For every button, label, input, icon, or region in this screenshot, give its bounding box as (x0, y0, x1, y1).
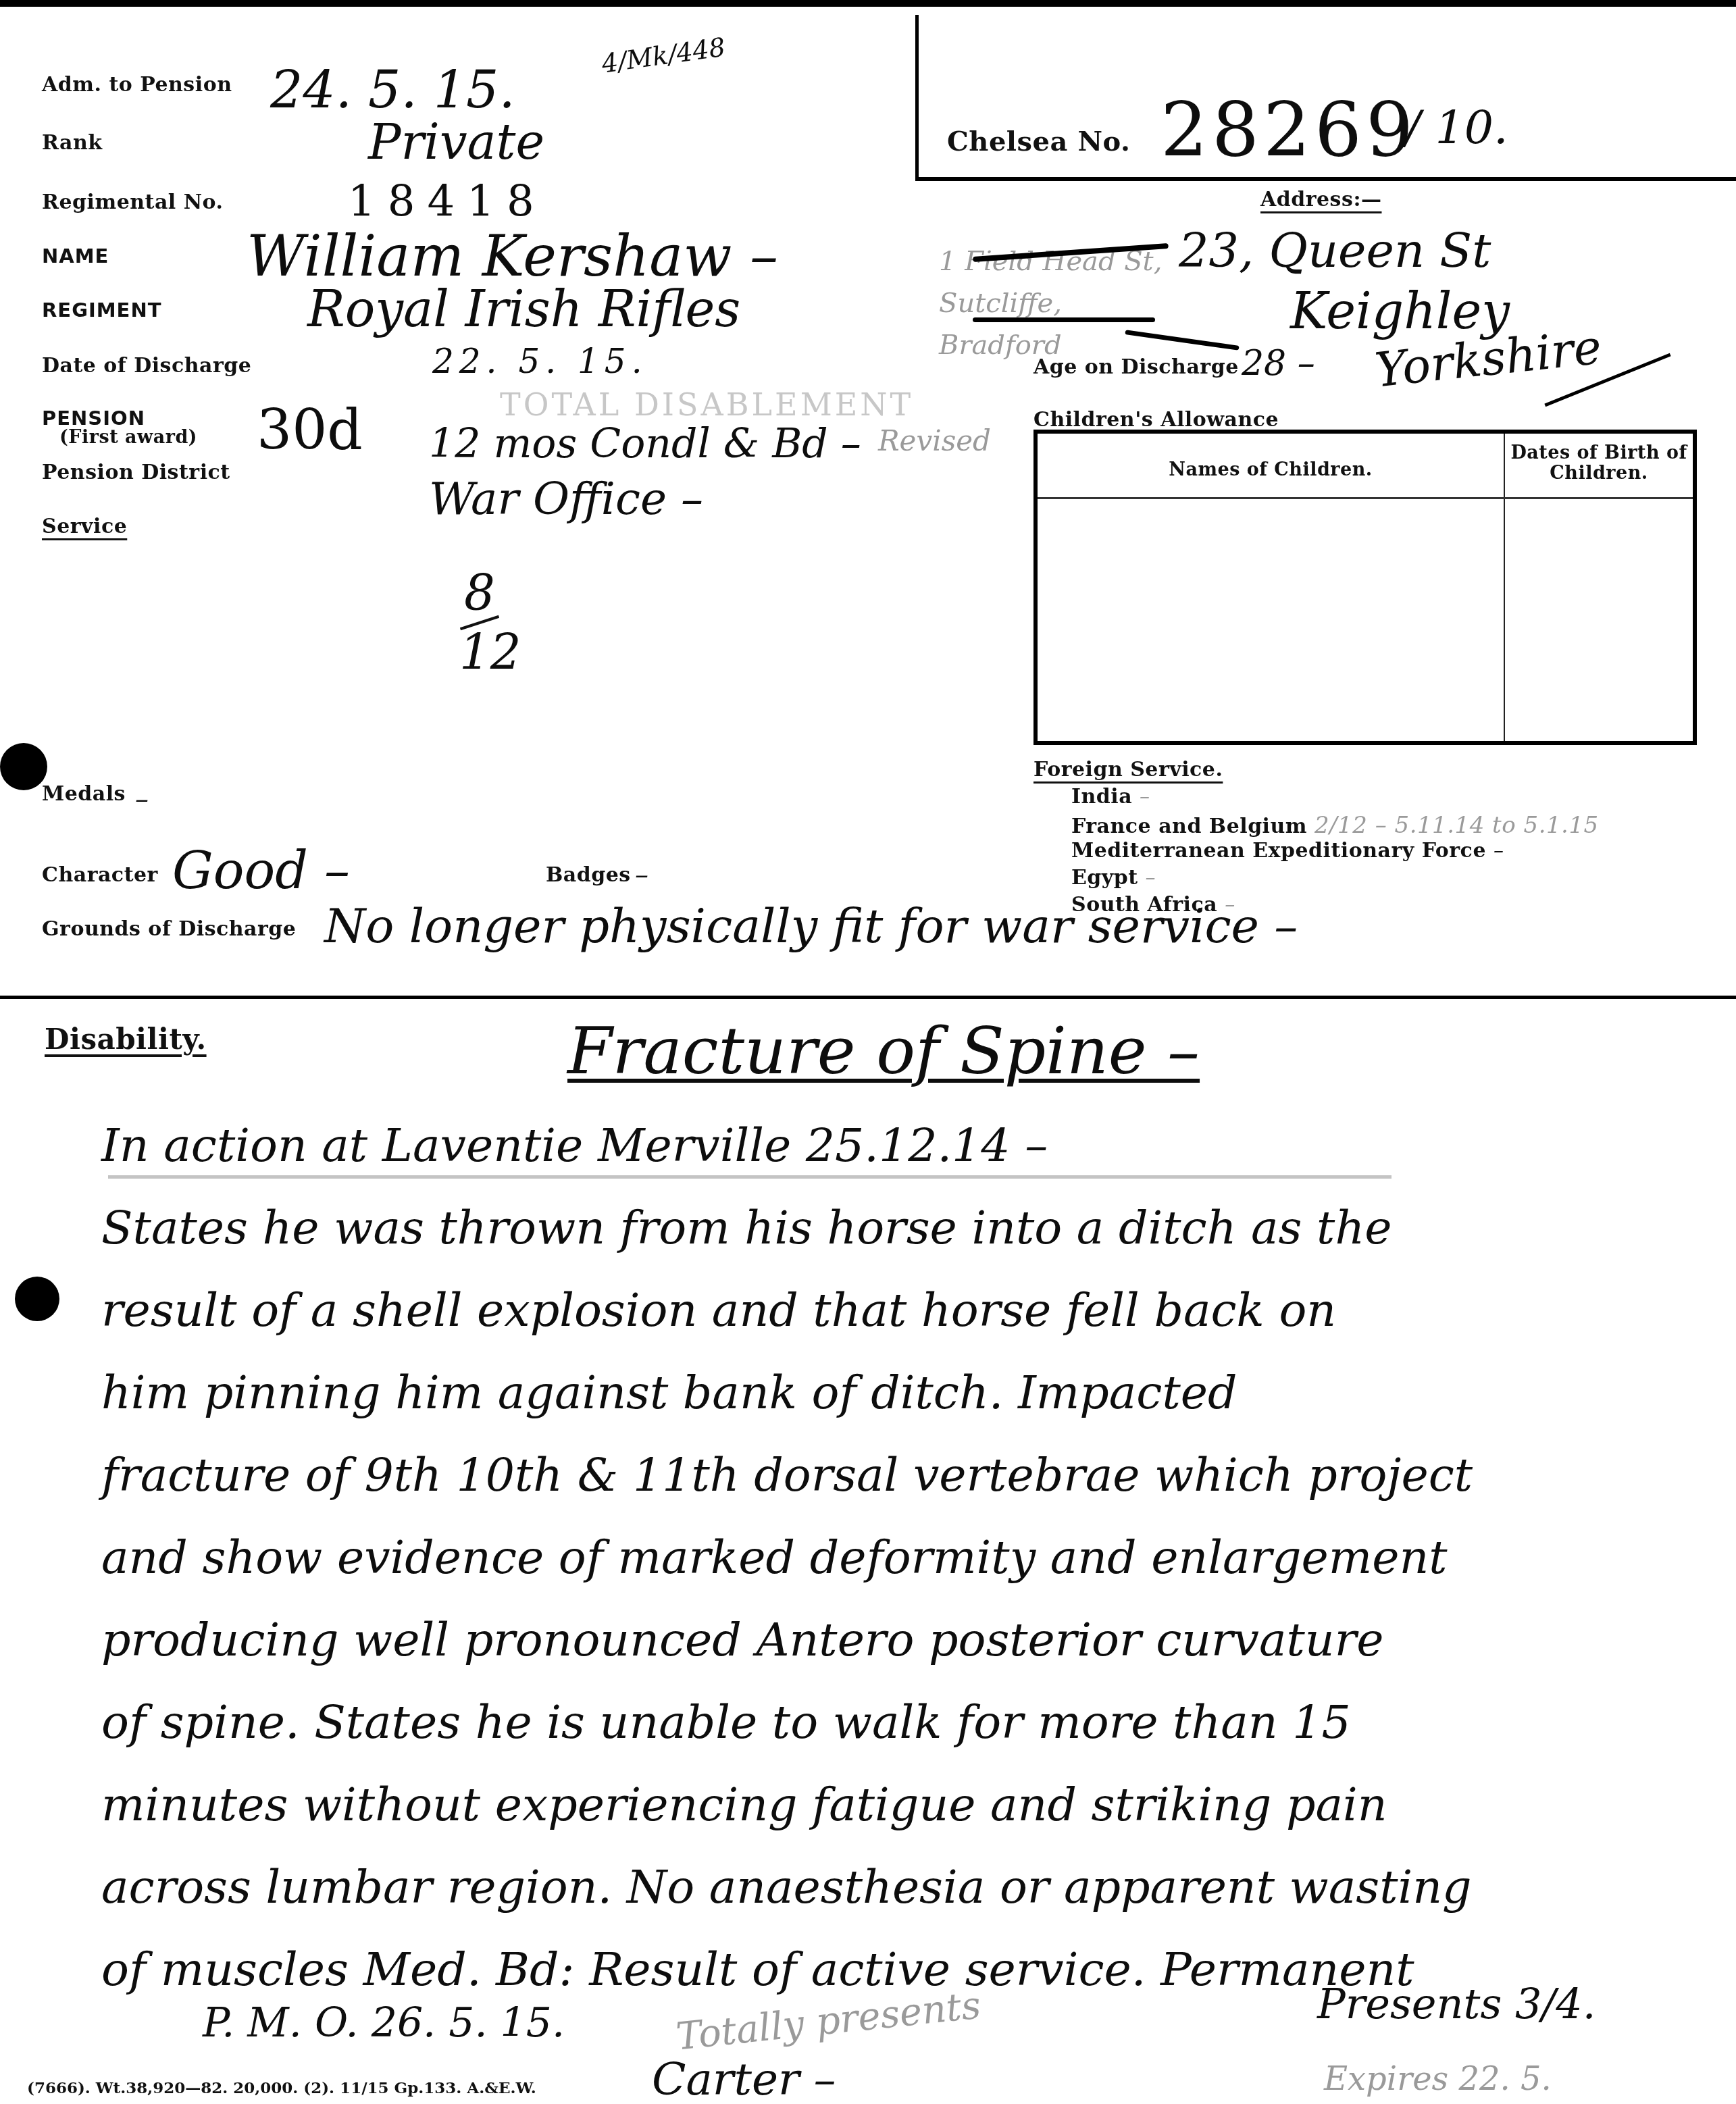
foreign-service-item: Egypt – (1071, 866, 1599, 893)
children-table: Names of Children. Dates of Birth of Chi… (1033, 430, 1697, 745)
label-grounds-of-discharge: Grounds of Discharge (42, 917, 296, 941)
label-adm-to-pension: Adm. to Pension (42, 73, 232, 97)
punch-hole (15, 1277, 59, 1321)
entry-pension-amount: 30d (257, 399, 363, 463)
header-divider (1038, 497, 1693, 499)
label-name: NAME (42, 245, 109, 267)
note-line: minutes without experiencing fatigue and… (101, 1764, 1709, 1847)
note-line: across lumbar region. No anaesthesia or … (101, 1847, 1709, 1929)
signature: Carter – (652, 2053, 836, 2104)
entry-presents: Presents 3/4. (1317, 1979, 1595, 2028)
disability-title: Fracture of Spine – (567, 1013, 1200, 1089)
entry-character: Good – (172, 840, 350, 900)
label-address: Address:— (1260, 188, 1381, 211)
label-medals: Medals (42, 782, 126, 806)
entry-adm-to-pension: 24. 5. 15. (270, 59, 515, 120)
entry-badges: – (635, 859, 648, 890)
section-divider (0, 996, 1736, 999)
print-code: (7666). Wt.38,920—82. 20,000. (2). 11/15… (27, 2079, 536, 2097)
ruled-line (108, 1175, 1392, 1179)
foreign-service-item: Mediterranean Expeditionary Force – (1071, 839, 1599, 866)
stamp-total-disablement: TOTAL DISABLEMENT (500, 386, 913, 423)
entry-medals: – (135, 784, 149, 815)
item-value: – (1494, 839, 1504, 863)
label-date-of-discharge: Date of Discharge (42, 354, 251, 378)
foreign-service-list: India – France and Belgium 2/12 – 5.11.1… (1071, 785, 1599, 920)
foreign-service-item: France and Belgium 2/12 – 5.11.14 to 5.1… (1071, 812, 1599, 839)
foreign-service-item: South Africa – (1071, 893, 1599, 920)
label-age-on-discharge: Age on Discharge (1033, 355, 1239, 379)
label-foreign-service: Foreign Service. (1033, 758, 1223, 781)
item-label: South Africa (1071, 893, 1217, 917)
service-divisor: 12 (459, 627, 500, 678)
label-pension-district: Pension District (42, 461, 230, 484)
label-regimental-no: Regimental No. (42, 190, 224, 214)
header-dates-of-birth: Dates of Birth of Children. (1505, 443, 1693, 484)
note-line: producing well pronounced Antero posteri… (101, 1599, 1709, 1682)
item-label: Mediterranean Expeditionary Force (1071, 839, 1486, 863)
label-rank: Rank (42, 131, 103, 155)
entry-chelsea-no: 28269 (1160, 86, 1417, 173)
entry-regiment: Royal Irish Rifles (307, 280, 740, 338)
entry-expires: Expires 22. 5. (1324, 2060, 1552, 2098)
entry-pmo: P. M. O. 26. 5. 15. (203, 1999, 565, 2047)
label-first-award: (First award) (59, 427, 197, 448)
entry-rank: Private (368, 113, 544, 170)
header-names-of-children: Names of Children. (1038, 459, 1504, 480)
item-label: Egypt (1071, 866, 1138, 890)
note-line: States he was thrown from his horse into… (101, 1187, 1709, 1270)
foreign-service-item: India – (1071, 785, 1599, 812)
label-disability: Disability. (45, 1023, 207, 1056)
top-border (0, 0, 1736, 7)
item-value: – (1140, 785, 1150, 809)
entry-chelsea-suffix: / 10. (1405, 101, 1508, 155)
disability-notes: In action at Laventie Merville 25.12.14 … (101, 1105, 1709, 2011)
label-regiment: REGIMENT (42, 299, 161, 322)
item-label: India (1071, 785, 1132, 809)
note-line: result of a shell explosion and that hor… (101, 1270, 1709, 1352)
note-line: of spine. States he is unable to walk fo… (101, 1682, 1709, 1764)
item-value: 2/12 – 5.11.14 to 5.1.15 (1314, 812, 1599, 839)
entry-regimental-no: 18418 (348, 177, 546, 227)
label-badges: Badges (546, 863, 631, 887)
strike-line (973, 317, 1155, 322)
item-value: – (1146, 866, 1156, 890)
label-character: Character (42, 863, 158, 887)
item-value: – (1225, 893, 1235, 917)
label-chelsea-no: Chelsea No. (947, 126, 1130, 157)
item-label: France and Belgium (1071, 815, 1307, 838)
entry-address-line1: 23, Queen St (1179, 223, 1491, 278)
label-pension: PENSION (42, 407, 145, 430)
punch-hole (0, 743, 47, 790)
entry-pension-revised: Revised (878, 424, 991, 457)
service-months: 8 (459, 567, 500, 619)
label-service: Service (42, 515, 127, 538)
service-fraction: 8 12 (459, 567, 500, 678)
entry-pension-district: War Office – (429, 473, 703, 525)
label-childrens-allowance: Children's Allowance (1033, 408, 1279, 432)
entry-date-of-discharge: 22. 5. 15. (432, 342, 648, 381)
entry-age-on-discharge: 28 – (1242, 343, 1315, 384)
entry-name: William Kershaw – (247, 223, 778, 289)
note-line: him pinning him against bank of ditch. I… (101, 1352, 1709, 1435)
entry-pension-terms: 12 mos Condl & Bd – (429, 420, 861, 467)
note-line: and show evidence of marked deformity an… (101, 1517, 1709, 1599)
entry-reference: 4/Mk/448 (600, 32, 727, 78)
note-line: fracture of 9th 10th & 11th dorsal verte… (101, 1435, 1709, 1517)
